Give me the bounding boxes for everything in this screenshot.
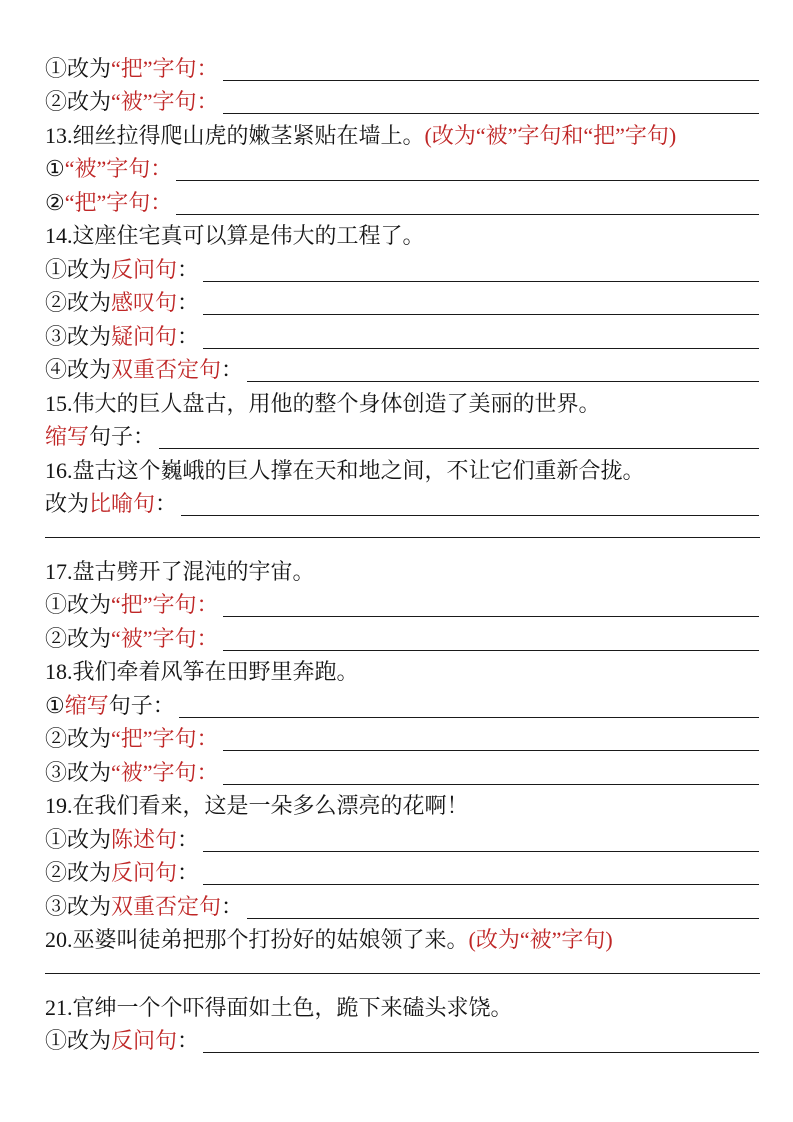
item-16-sub-1: 改为比喻句：	[45, 488, 760, 522]
prompt-keyword: “把”字句：	[111, 726, 219, 752]
prompt-text: 改为	[45, 491, 89, 517]
answer-blank	[179, 717, 759, 718]
prompt-keyword: 陈述句	[111, 827, 177, 853]
prompt-text: ：	[221, 357, 243, 383]
prompt-text: ①改为	[45, 592, 111, 618]
item-13-sub-2: ② “把”字句：	[45, 186, 760, 220]
prompt-text: ：	[177, 290, 199, 316]
prompt-text: ①改为	[45, 1028, 111, 1054]
answer-blank	[181, 515, 759, 516]
prompt-text: ①改为	[45, 56, 111, 82]
answer-blank	[203, 851, 759, 852]
item-14-sub-4: ④改为双重否定句：	[45, 354, 760, 388]
prompt-text: ②改为	[45, 726, 111, 752]
item-21-statement: 21.官绅一个个吓得面如土色，跪下来磕头求饶。	[45, 991, 760, 1025]
item-12-sub-1: ①改为“把”字句：	[45, 52, 760, 86]
answer-line-16-continuation	[45, 521, 760, 538]
prompt-keyword: “被”字句：	[111, 89, 219, 115]
prompt-text: 句子：	[89, 424, 155, 450]
answer-line-20	[45, 957, 760, 974]
prompt-keyword: 缩写	[65, 693, 109, 719]
prompt-text: ③改为	[45, 760, 111, 786]
item-15-sub-1: 缩写句子：	[45, 421, 760, 455]
item-18-sub-3: ③改为“被”字句：	[45, 756, 760, 790]
item-13-statement: 13.细丝拉得爬山虎的嫩茎紧贴在墙上。(改为“被”字句和“把”字句)	[45, 119, 760, 153]
item-13-sub-1: ① “被”字句：	[45, 153, 760, 187]
statement-text: 17.盘古劈开了混沌的宇宙。	[45, 559, 315, 585]
prompt-keyword: “被”字句：	[65, 156, 173, 182]
prompt-text: ：	[177, 860, 199, 886]
prompt-text: ：	[177, 324, 199, 350]
answer-blank	[223, 750, 759, 751]
answer-blank	[223, 650, 759, 651]
item-18-sub-1: ①缩写句子：	[45, 689, 760, 723]
answer-blank	[203, 1052, 759, 1053]
answer-blank	[223, 113, 759, 114]
prompt-keyword: 比喻句	[89, 491, 155, 517]
prompt-text: ①	[45, 156, 65, 182]
prompt-keyword: 反问句	[111, 257, 177, 283]
prompt-keyword: “把”字句：	[65, 190, 173, 216]
prompt-keyword: “被”字句：	[111, 626, 219, 652]
answer-blank	[203, 314, 759, 315]
prompt-keyword: 疑问句	[111, 324, 177, 350]
prompt-text: ②改为	[45, 290, 111, 316]
item-16-statement: 16.盘古这个巍峨的巨人撑在天和地之间，不让它们重新合拢。	[45, 454, 760, 488]
statement-text: 16.盘古这个巍峨的巨人撑在天和地之间，不让它们重新合拢。	[45, 458, 645, 484]
item-14-sub-2: ②改为感叹句：	[45, 287, 760, 321]
prompt-keyword: “把”字句：	[111, 592, 219, 618]
item-19-statement: 19.在我们看来，这是一朵多么漂亮的花啊！	[45, 790, 760, 824]
item-14-sub-1: ①改为反问句：	[45, 253, 760, 287]
prompt-keyword: 反问句	[111, 860, 177, 886]
prompt-text: ①改为	[45, 827, 111, 853]
answer-blank	[176, 180, 759, 181]
statement-text: 14.这座住宅真可以算是伟大的工程了。	[45, 223, 425, 249]
prompt-keyword: (改为“被”字句和“把”字句)	[425, 123, 677, 149]
item-12-sub-2: ②改为“被”字句：	[45, 86, 760, 120]
prompt-keyword: “把”字句：	[111, 56, 219, 82]
item-19-sub-3: ③改为双重否定句：	[45, 890, 760, 924]
prompt-text: ②改为	[45, 860, 111, 886]
answer-blank	[159, 448, 759, 449]
prompt-text: ③改为	[45, 894, 111, 920]
prompt-text: ③改为	[45, 324, 111, 350]
answer-blank	[176, 214, 759, 215]
statement-text: 20.巫婆叫徒弟把那个打扮好的姑娘领了来。	[45, 927, 469, 953]
statement-text: 15.伟大的巨人盘古，用他的整个身体创造了美丽的世界。	[45, 391, 601, 417]
worksheet-page: ①改为“把”字句：②改为“被”字句：13.细丝拉得爬山虎的嫩茎紧贴在墙上。(改为…	[0, 0, 793, 1122]
prompt-text: ②	[45, 190, 65, 216]
item-18-sub-2: ②改为“把”字句：	[45, 723, 760, 757]
item-17-sub-2: ②改为“被”字句：	[45, 622, 760, 656]
statement-text: 18.我们牵着风筝在田野里奔跑。	[45, 659, 359, 685]
item-19-sub-2: ②改为反问句：	[45, 857, 760, 891]
statement-text: 21.官绅一个个吓得面如土色，跪下来磕头求饶。	[45, 995, 513, 1021]
prompt-text: ：	[155, 491, 177, 517]
answer-blank	[203, 884, 759, 885]
prompt-text: ②改为	[45, 89, 111, 115]
worksheet-rows: ①改为“把”字句：②改为“被”字句：13.细丝拉得爬山虎的嫩茎紧贴在墙上。(改为…	[45, 52, 760, 1058]
item-19-sub-1: ①改为陈述句：	[45, 823, 760, 857]
prompt-keyword: 双重否定句	[111, 357, 221, 383]
prompt-text: ①	[45, 693, 65, 719]
prompt-keyword: (改为“被”字句)	[469, 927, 613, 953]
prompt-text: ：	[177, 827, 199, 853]
prompt-text: ：	[177, 1028, 199, 1054]
item-20-statement: 20.巫婆叫徒弟把那个打扮好的姑娘领了来。(改为“被”字句)	[45, 924, 760, 958]
prompt-keyword: 反问句	[111, 1028, 177, 1054]
answer-blank	[203, 281, 759, 282]
prompt-text: ④改为	[45, 357, 111, 383]
prompt-text: 句子：	[109, 693, 175, 719]
answer-blank	[247, 381, 759, 382]
item-14-statement: 14.这座住宅真可以算是伟大的工程了。	[45, 220, 760, 254]
prompt-keyword: 感叹句	[111, 290, 177, 316]
item-17-statement: 17.盘古劈开了混沌的宇宙。	[45, 555, 760, 589]
prompt-text: ②改为	[45, 626, 111, 652]
prompt-keyword: 缩写	[45, 424, 89, 450]
prompt-text: ：	[177, 257, 199, 283]
prompt-keyword: 双重否定句	[111, 894, 221, 920]
item-18-statement: 18.我们牵着风筝在田野里奔跑。	[45, 656, 760, 690]
answer-blank	[247, 918, 759, 919]
answer-blank	[223, 616, 759, 617]
item-21-sub-1: ①改为反问句：	[45, 1025, 760, 1059]
prompt-text: ①改为	[45, 257, 111, 283]
prompt-keyword: “被”字句：	[111, 760, 219, 786]
answer-blank	[203, 348, 759, 349]
item-14-sub-3: ③改为疑问句：	[45, 320, 760, 354]
item-15-statement: 15.伟大的巨人盘古，用他的整个身体创造了美丽的世界。	[45, 387, 760, 421]
item-17-sub-1: ①改为“把”字句：	[45, 589, 760, 623]
prompt-text: ：	[221, 894, 243, 920]
statement-text: 19.在我们看来，这是一朵多么漂亮的花啊！	[45, 793, 469, 819]
statement-text: 13.细丝拉得爬山虎的嫩茎紧贴在墙上。	[45, 123, 425, 149]
answer-blank	[223, 80, 759, 81]
answer-blank	[223, 784, 759, 785]
